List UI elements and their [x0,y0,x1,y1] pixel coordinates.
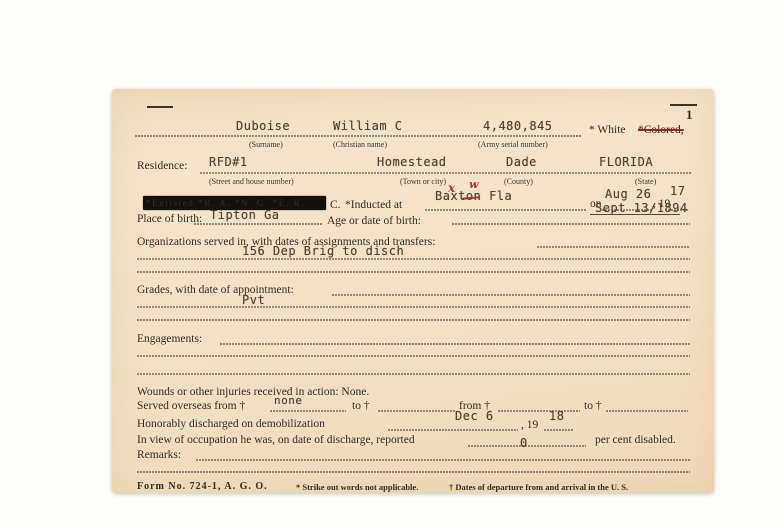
engagements-trailing-line [220,343,690,345]
serial-number-value: 4,480,845 [483,120,553,132]
overseas-to1-label: to † [352,400,370,413]
street-caption: (Street and house number) [209,177,294,186]
engagements-line-2 [137,355,690,357]
discharge-year-line [544,429,574,431]
inducted-place-line [425,209,587,211]
red-correction-w: w [469,178,478,191]
top-left-dash [147,106,173,108]
age-of-birth-label: Age or date of birth: [327,215,421,228]
grades-line-2 [137,306,690,308]
remarks-label: Remarks: [137,449,181,462]
grades-label: Grades, with date of appointment: [137,284,294,297]
age-of-birth-line [452,223,690,225]
discharge-date-value: Dec 6 [455,410,494,422]
race-white-label: * White [589,124,626,137]
grades-line-3 [137,319,690,321]
discharge-year-value: 18 [549,410,564,422]
service-record-card: 1 Duboise William C 4,480,845 * White *C… [112,89,714,493]
organizations-line-2 [137,258,690,260]
disability-label: In view of occupation he was, on date of… [137,434,415,447]
christian-name-value: William C [333,120,403,132]
age-of-birth-value: Sept 13/1894 [595,202,688,214]
form-number: Form No. 724-1, A. G. O. [137,480,268,493]
discharge-label: Honorably discharged on demobilization [137,418,325,431]
county-caption: (County) [504,177,533,186]
overseas-line-3 [498,410,580,412]
state-caption: (State) [635,177,656,186]
remarks-line-1 [196,459,690,461]
discharge-year-prefix: , 19 [521,419,538,432]
serial-number-caption: (Army serial number) [478,140,548,149]
engagements-line-3 [137,373,690,375]
name-row-line [135,135,582,137]
residence-county-value: Dade [506,156,537,168]
grades-trailing-line [332,294,690,296]
overseas-from1-value: none [274,395,303,407]
overseas-to2-label: to † [584,400,602,413]
after-redaction-text: C. [330,199,341,212]
residence-state-value: FLORIDA [599,156,653,168]
page-number: 1 [686,108,693,121]
residence-label: Residence: [137,160,187,173]
red-correction-over-x: x [448,181,455,195]
disability-suffix: per cent disabled. [595,434,676,447]
overseas-line-4 [606,410,688,412]
remarks-line-2 [137,471,690,473]
organizations-line-3 [137,271,690,273]
christian-name-caption: (Christian name) [333,140,387,149]
surname-caption: (Surname) [249,140,283,149]
disability-value: 0 [520,437,528,449]
residence-town-value: Homestead [377,156,447,168]
organizations-trailing-line [537,246,690,248]
wounds-label: Wounds or other injuries received in act… [137,386,369,399]
race-colored-label: *Colored, [638,124,684,137]
age-value-underline [590,214,680,215]
place-of-birth-value: Tipton Ga [210,209,280,221]
induction-year-value: 17 [670,185,685,197]
overseas-line-2 [378,410,456,412]
discharge-date-line [388,429,518,431]
place-of-birth-line [194,223,322,225]
page-number-rule [670,104,697,106]
inducted-at-label: *Inducted at [345,199,402,212]
surname-value: Duboise [236,120,290,132]
place-of-birth-label: Place of birth: [137,213,202,226]
residence-street-value: RFD#1 [209,156,248,168]
induction-date-value: Aug 26 [605,188,651,200]
residence-line [200,172,692,174]
town-caption: (Town or city) [400,177,446,186]
organizations-entry: 156 Dep Brig to disch [242,245,404,257]
scan-background: 1 Duboise William C 4,480,845 * White *C… [0,0,778,526]
engagements-label: Engagements: [137,333,202,346]
footer-note-strike: * Strike out words not applicable. [296,482,418,492]
overseas-line-1 [270,410,346,412]
overseas-label: Served overseas from † [137,400,245,413]
footer-note-dates: † Dates of departure from and arrival in… [449,482,628,492]
grades-entry: Pvt [242,294,265,306]
